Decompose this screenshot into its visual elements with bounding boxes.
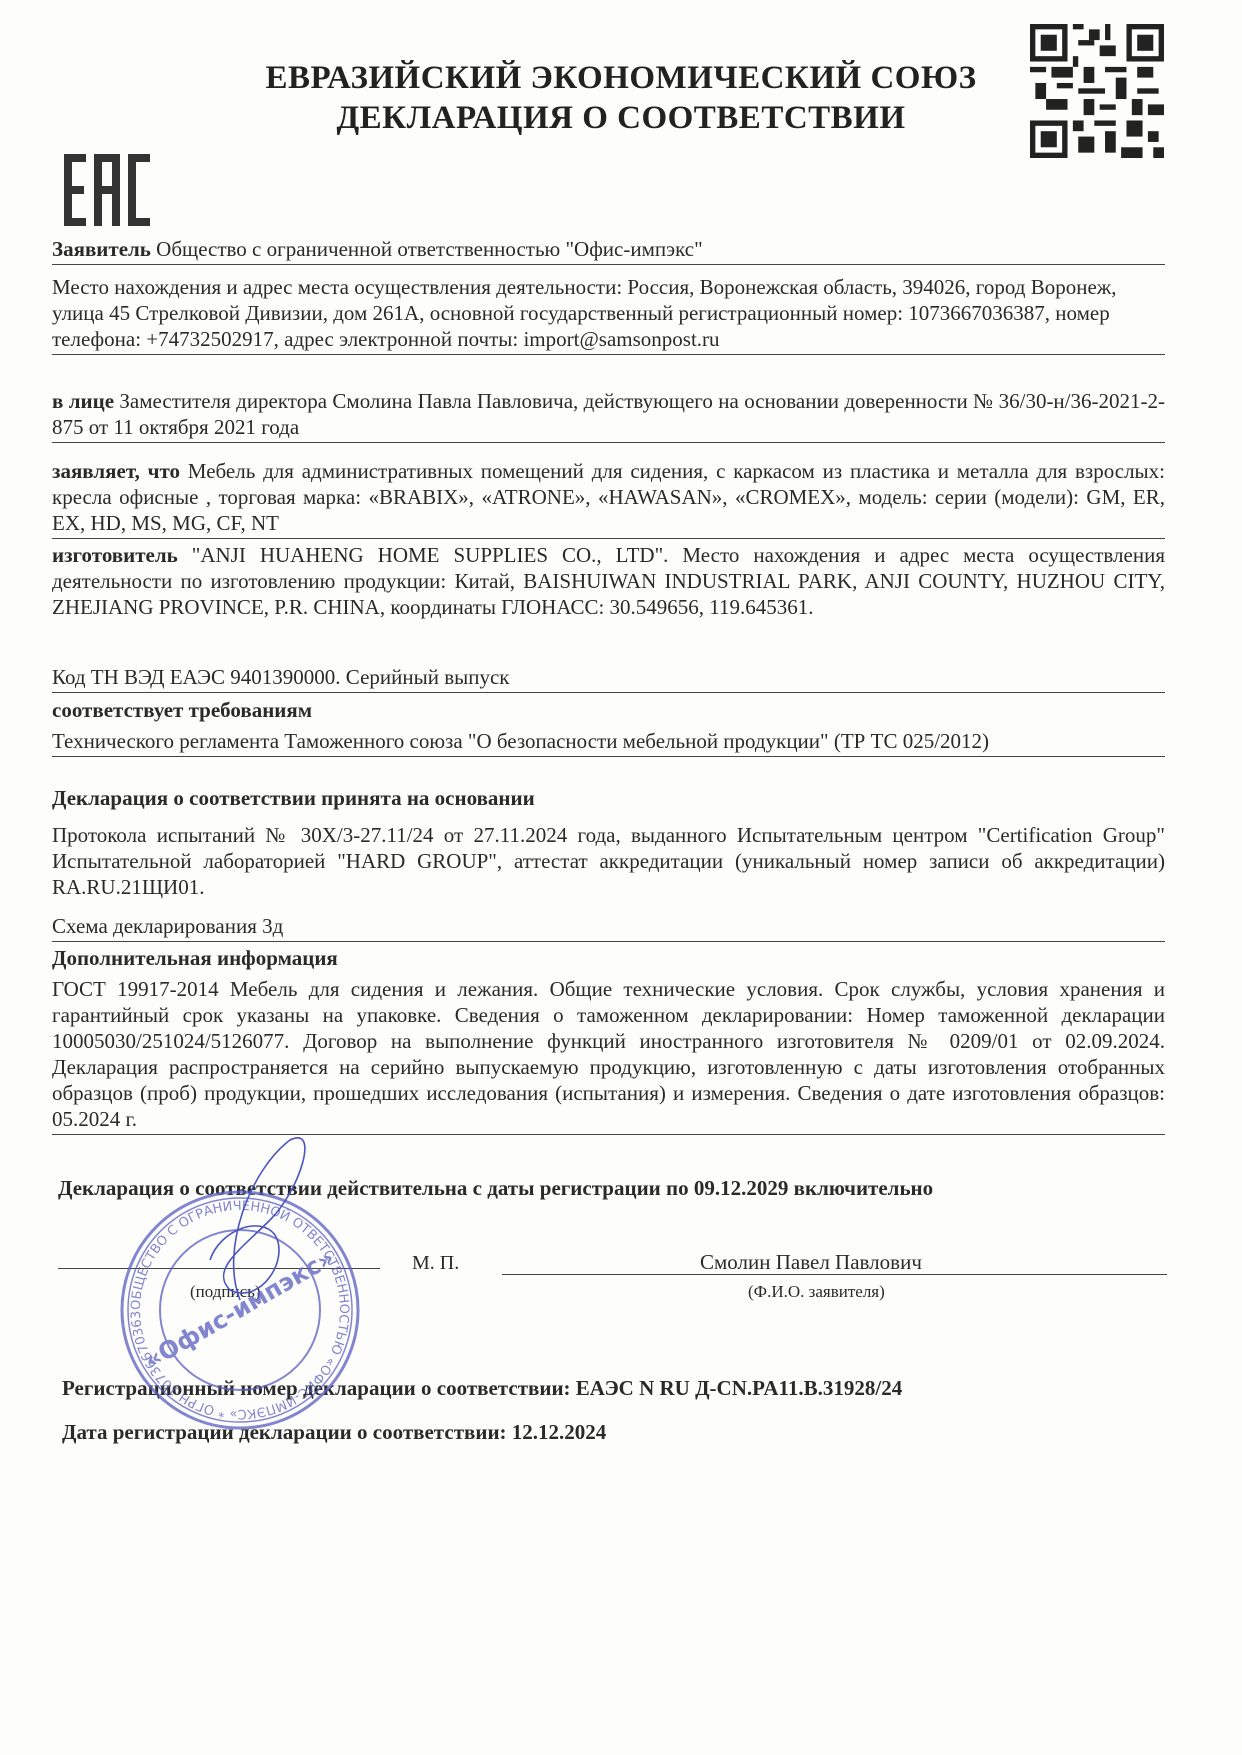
additional-value: ГОСТ 19917-2014 Мебель для сидения и леж… <box>52 976 1165 1135</box>
declares-label: заявляет, что <box>52 459 180 483</box>
name-caption: (Ф.И.О. заявителя) <box>748 1282 885 1302</box>
seal-place-label: М. П. <box>412 1252 459 1275</box>
applicant-label: Заявитель <box>52 237 151 261</box>
eac-mark-icon <box>62 150 152 230</box>
handwritten-signature-icon <box>180 1130 330 1310</box>
additional-label: Дополнительная информация <box>52 946 338 971</box>
manufacturer-label: изготовитель <box>52 543 178 567</box>
conforms-value: Технического регламента Таможенного союз… <box>52 728 1165 757</box>
applicant-name: Смолин Павел Павлович <box>700 1250 922 1275</box>
declares-section: заявляет, что Мебель для административны… <box>52 458 1165 539</box>
basis-value: Протокола испытаний № 30Х/3-27.11/24 от … <box>52 822 1165 902</box>
manufacturer-value: "ANJI HUAHENG HOME SUPPLIES CO., LTD". М… <box>52 543 1165 619</box>
hs-code: Код ТН ВЭД ЕАЭС 9401390000. Серийный вып… <box>52 664 1165 693</box>
basis-label: Декларация о соответствии принята на осн… <box>52 786 535 811</box>
manufacturer-section: изготовитель "ANJI HUAHENG HOME SUPPLIES… <box>52 542 1165 622</box>
qr-code-icon <box>1030 24 1164 158</box>
conforms-label: соответствует требованиям <box>52 698 312 723</box>
representative-value: Заместителя директора Смолина Павла Павл… <box>52 389 1165 439</box>
declaration-scheme: Схема декларирования 3д <box>52 913 1165 942</box>
representative-label: в лице <box>52 389 114 413</box>
representative-section: в лице Заместителя директора Смолина Пав… <box>52 388 1165 443</box>
address-section: Место нахождения и адрес места осуществл… <box>52 274 1165 355</box>
declares-value: Мебель для административных помещений дл… <box>52 459 1165 535</box>
applicant-value: Общество с ограниченной ответственностью… <box>151 237 703 261</box>
applicant-section: Заявитель Общество с ограниченной ответс… <box>52 236 1165 265</box>
